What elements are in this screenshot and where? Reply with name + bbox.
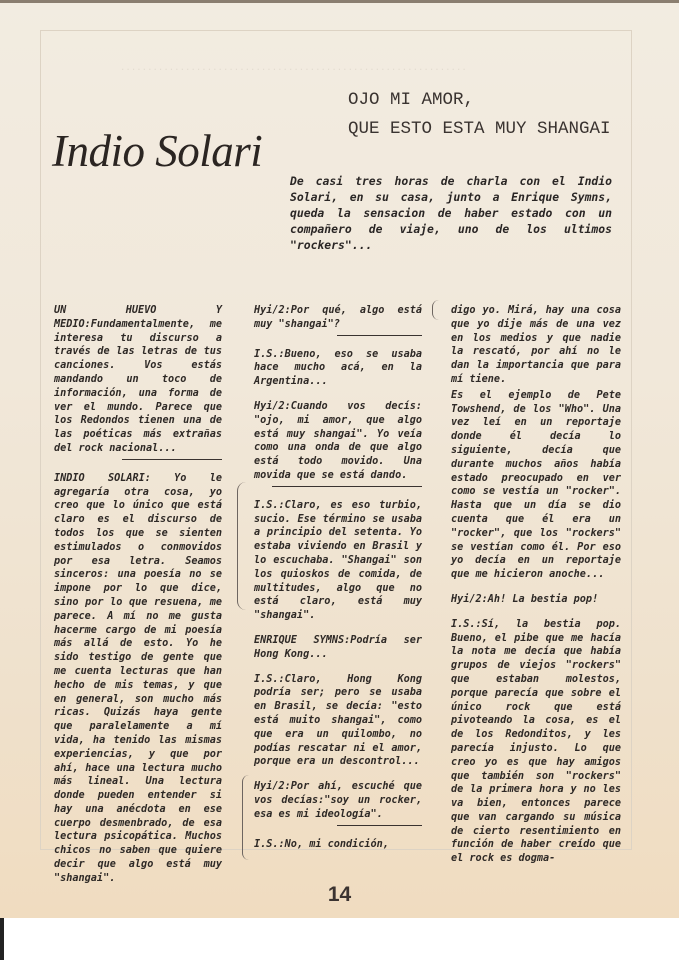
answer-paragraph: digo yo. Mirá, hay una cosa que yo dije … xyxy=(451,304,621,387)
answer-paragraph: I.S.:Sí, la bestia pop. Bueno, el pibe q… xyxy=(451,618,621,866)
question-paragraph: Hyi/2:Ah! La bestia pop! xyxy=(451,593,621,607)
answer-paragraph: I.S.:Bueno, eso se usaba hace mucho acá,… xyxy=(254,348,422,389)
page-number: 14 xyxy=(0,883,679,907)
answer-paragraph: INDIO SOLARI: Yo le agregaría otra cosa,… xyxy=(54,472,222,886)
article-title: Indio Solari xyxy=(52,125,262,177)
subtitle-line-2: QUE ESTO ESTA MUY SHANGAI xyxy=(348,115,611,144)
margin-bracket xyxy=(432,300,439,320)
article-subtitle: OJO MI AMOR, QUE ESTO ESTA MUY SHANGAI xyxy=(348,86,611,144)
scan-edge xyxy=(0,918,4,960)
answer-paragraph: Es el ejemplo de Pete Towshend, de los "… xyxy=(451,389,621,582)
question-paragraph: ENRIQUE SYMNS:Podría ser Hong Kong... xyxy=(254,634,422,662)
margin-bracket xyxy=(237,482,246,610)
section-divider xyxy=(337,335,422,336)
column-3: digo yo. Mirá, hay una cosa que yo dije … xyxy=(451,304,621,877)
answer-paragraph: I.S.:Claro, Hong Kong podría ser; pero s… xyxy=(254,673,422,770)
subtitle-line-1: OJO MI AMOR, xyxy=(348,86,611,115)
column-1: UN HUEVO Y MEDIO:Fundamentalmente, me in… xyxy=(54,304,222,897)
section-divider xyxy=(122,459,222,460)
section-divider xyxy=(337,825,422,826)
question-paragraph: Hyi/2:Cuando vos decís: "ojo, mi amor, q… xyxy=(254,400,422,483)
answer-paragraph: I.S.:No, mi condición, xyxy=(254,838,422,852)
answer-paragraph: I.S.:Claro, es eso turbio, sucio. Ese té… xyxy=(254,499,422,623)
question-paragraph: UN HUEVO Y MEDIO:Fundamentalmente, me in… xyxy=(54,304,222,456)
article-intro: De casi tres horas de charla con el Indi… xyxy=(290,173,612,253)
question-paragraph: Hyi/2:Por qué, algo está muy "shangai"? xyxy=(254,304,422,332)
page-top-edge xyxy=(0,0,679,3)
question-paragraph: Hyi/2:Por ahí, escuché que vos decías:"s… xyxy=(254,780,422,821)
section-divider xyxy=(272,486,422,487)
column-2: Hyi/2:Por qué, algo está muy "shangai"? … xyxy=(254,304,422,862)
magazine-page: ........................................… xyxy=(0,0,679,918)
bleed-through-text: ........................................… xyxy=(120,63,467,73)
margin-bracket xyxy=(242,775,249,860)
